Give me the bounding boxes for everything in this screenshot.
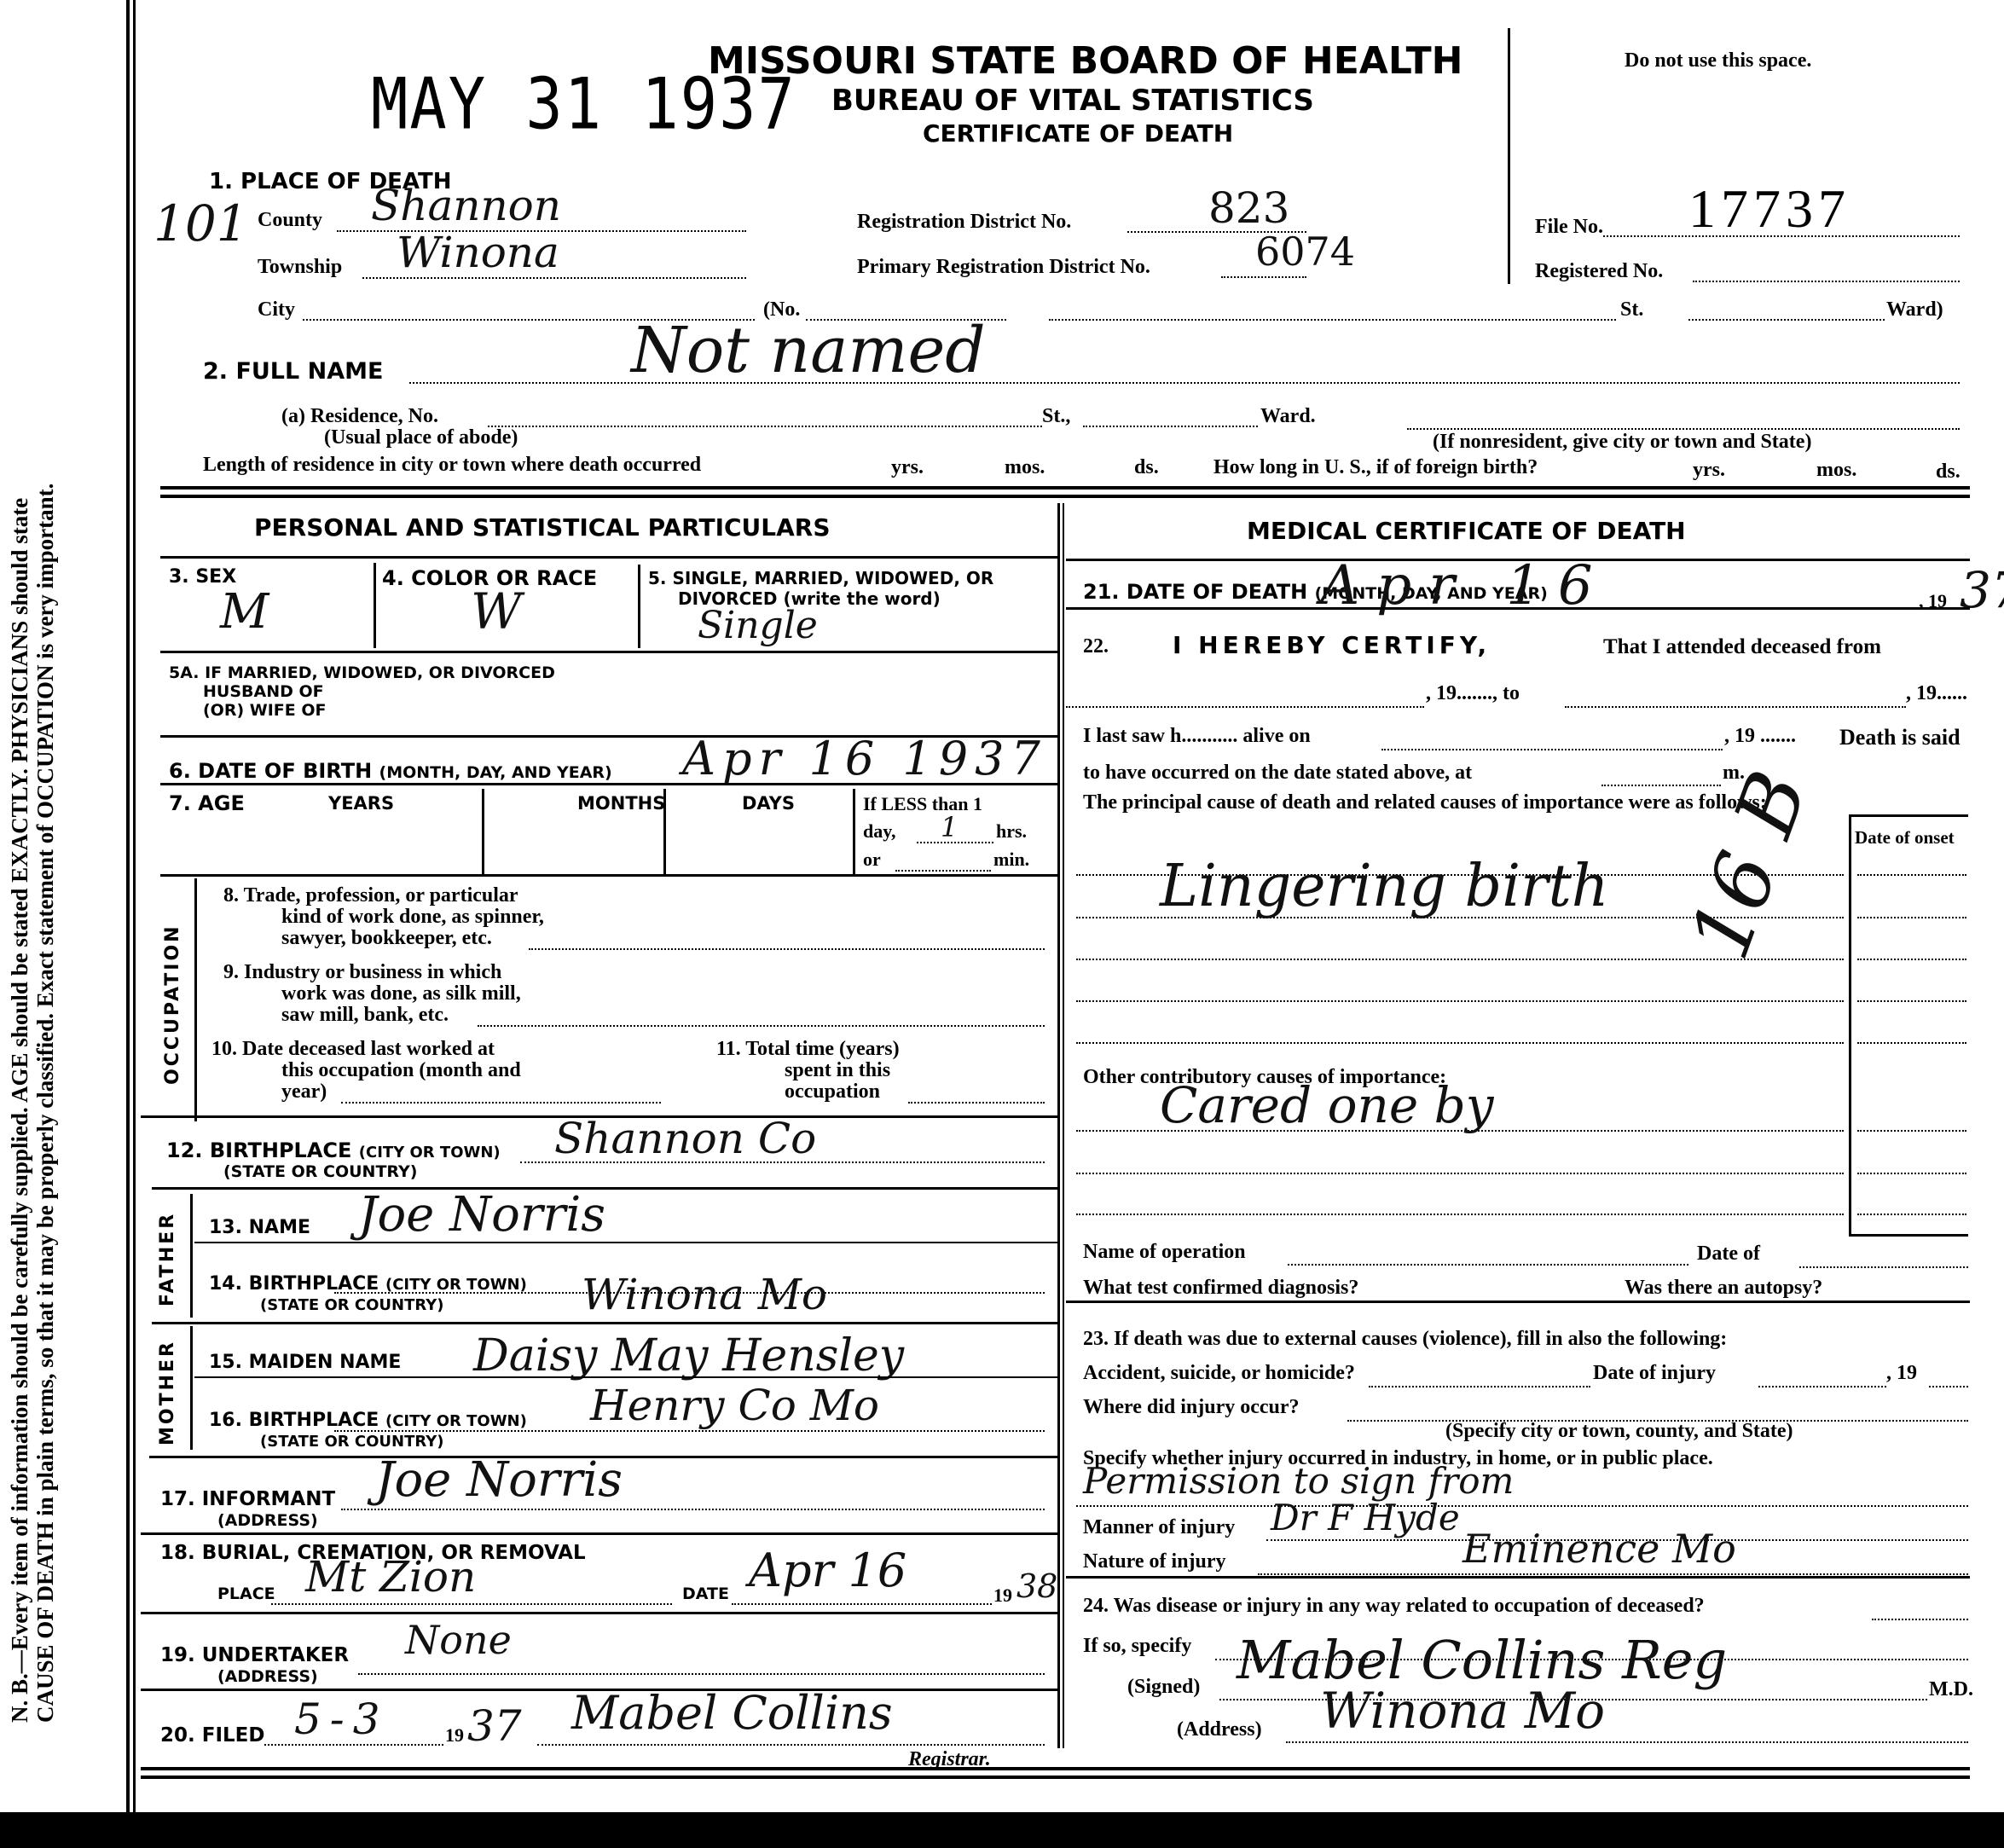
spouse-label-3: (OR) WIFE OF (203, 701, 327, 720)
father-name-label: 13. NAME (209, 1217, 310, 1238)
nature-injury-label: Nature of injury (1083, 1550, 1226, 1573)
certify-text: That I attended deceased from (1603, 635, 1881, 659)
q11-line3: occupation (785, 1080, 880, 1104)
last-saw-label: I last saw h........... alive on (1083, 725, 1311, 748)
q10-line3: year) (281, 1080, 327, 1104)
mother-rule (194, 1376, 1057, 1378)
cause-line-5[interactable] (1076, 1025, 1844, 1044)
hrs-value: 1 (941, 811, 958, 843)
md-label: M.D. (1929, 1678, 1973, 1701)
city-label: City (258, 298, 295, 322)
primary-reg-value: 6074 (1255, 229, 1355, 275)
personal-rule-1 (160, 556, 1057, 559)
full-name-value: Not named (631, 314, 986, 387)
age-label: 7. AGE (169, 791, 245, 815)
informant-burial-rule (141, 1532, 1057, 1535)
death-said-label: Death is said (1839, 725, 1961, 750)
length-yrs-label: yrs. (891, 456, 924, 479)
q8-line3: sawyer, bookkeeper, etc. (281, 927, 492, 950)
min-label: min. (993, 849, 1029, 871)
age-days-label: DAYS (742, 793, 795, 814)
undertaker-sub: (ADDRESS) (217, 1667, 318, 1686)
day-label: day, (863, 820, 896, 843)
county-label: County (258, 209, 322, 232)
file-no-value: 17737 (1688, 177, 1851, 240)
father-birthplace-value: Winona Mo (582, 1270, 827, 1319)
accident-field[interactable] (1369, 1369, 1590, 1387)
informant-label: 17. INFORMANT (160, 1488, 335, 1510)
q9-line3: saw mill, bank, etc. (281, 1004, 449, 1027)
filed-registrar-field[interactable]: Mabel Collins (537, 1727, 1045, 1746)
length-mos-label: mos. (1005, 456, 1045, 479)
dod-year-value[interactable]: 37 (1960, 561, 2004, 619)
dod-label-main: 21. DATE OF DEATH (1083, 580, 1307, 604)
q10-line1: 10. Date deceased last worked at (211, 1038, 495, 1061)
length-residence-label: Length of residence in city or town wher… (203, 454, 701, 477)
mother-sidebar-line (190, 1326, 193, 1450)
operation-date-field[interactable] (1799, 1249, 1968, 1268)
other-causes-value: Cared one by (1160, 1076, 1494, 1134)
medical-rule-2 (1066, 607, 1970, 610)
onset-box-left (1849, 814, 1851, 1237)
q9-line1: 9. Industry or business in which (223, 961, 501, 984)
personal-rule-4 (160, 783, 1057, 785)
q24-field[interactable] (1872, 1602, 1968, 1620)
injury-19-label: , 19 (1886, 1362, 1917, 1385)
mother-birthplace-sub2: (STATE OR COUNTRY) (260, 1433, 443, 1451)
nonresident-note: (If nonresident, give city or town and S… (1433, 431, 1811, 454)
min-field[interactable] (895, 851, 991, 872)
ward-label: Ward) (1886, 298, 1943, 322)
onset-box-bottom (1849, 1234, 1968, 1237)
foreign-ds-label: ds. (1936, 461, 1961, 484)
filed-date-field[interactable]: 5-3 (264, 1727, 443, 1746)
left-border-outer (126, 0, 130, 1812)
accident-label: Accident, suicide, or homicide? (1083, 1362, 1355, 1385)
onset-line-5[interactable] (1857, 1025, 1966, 1044)
attended-to-field[interactable] (1565, 689, 1906, 708)
nature-injury-value: Eminence Mo (1462, 1526, 1736, 1572)
where-injury-label: Where did injury occur? (1083, 1396, 1300, 1419)
file-no-label: File No. (1535, 216, 1603, 239)
full-name-label: 2. FULL NAME (203, 358, 383, 385)
q10-line2: this occupation (month and (281, 1059, 521, 1082)
operation-field[interactable] (1288, 1247, 1688, 1266)
burial-date-field[interactable]: Apr 16 (732, 1586, 992, 1605)
last-worked-field[interactable] (341, 1083, 661, 1104)
father-name-value[interactable]: Joe Norris (358, 1187, 605, 1243)
age-divider-2 (663, 789, 666, 874)
township-field[interactable]: Winona (362, 252, 746, 279)
operation-label: Name of operation (1083, 1241, 1246, 1264)
primary-reg-field[interactable]: 6074 (1221, 254, 1306, 278)
medical-heading: MEDICAL CERTIFICATE OF DEATH (1247, 517, 1686, 545)
occupation-sidebar-line (194, 878, 197, 1121)
occupation-side-label: OCCUPATION (162, 924, 183, 1085)
undertaker-label: 19. UNDERTAKER (160, 1644, 349, 1666)
race-value[interactable]: W (471, 582, 522, 640)
registered-no-field[interactable] (1693, 260, 1960, 282)
race-marital-divider (638, 565, 640, 648)
spouse-field[interactable] (426, 674, 1040, 716)
reg-district-label: Registration District No. (857, 211, 1071, 234)
certify-number: 22. (1083, 635, 1109, 658)
birthplace-field[interactable]: Shannon Co (520, 1143, 1045, 1163)
township-label: Township (258, 256, 342, 279)
reg-district-value: 823 (1208, 183, 1289, 233)
if-so-label: If so, specify (1083, 1635, 1191, 1658)
filed-label: 20. FILED (160, 1724, 264, 1747)
injury-date-field[interactable] (1758, 1369, 1886, 1387)
industry-field[interactable] (478, 1006, 1045, 1027)
q11-line2: spent in this (785, 1059, 890, 1082)
usual-abode-note: (Usual place of abode) (324, 426, 518, 449)
margin-code: 101 (153, 194, 248, 252)
informant-value: Joe Norris (375, 1452, 623, 1508)
certify-caps: I HEREBY CERTIFY, (1173, 631, 1491, 659)
occurred-at-field[interactable] (1601, 768, 1721, 786)
occurred-at-label: to have occurred on the date stated abov… (1083, 762, 1472, 785)
test-confirmed-field[interactable] (1420, 1283, 1620, 1302)
last-saw-19: , 19 ....... (1724, 725, 1796, 748)
nonresident-field[interactable] (1407, 408, 1960, 430)
burial-date-value: Apr 16 (749, 1544, 906, 1597)
address-field[interactable]: Winona Mo (1286, 1724, 1968, 1743)
filed-date-value: 5-3 (294, 1694, 389, 1744)
birthplace-value: Shannon Co (554, 1114, 816, 1163)
burial-date-label: DATE (682, 1584, 729, 1603)
form-subtitle: BUREAU OF VITAL STATISTICS (831, 84, 1314, 118)
section-rule-top-2 (160, 495, 1970, 498)
specify-city-note: (Specify city or town, county, and State… (1445, 1420, 1793, 1443)
father-side-label: FATHER (157, 1212, 178, 1306)
autopsy-field[interactable] (1872, 1283, 1968, 1302)
burial-place-value: Mt Zion (305, 1552, 476, 1602)
residence-label: (a) Residence, No. (281, 405, 438, 428)
q23-label: 23. If death was due to external causes … (1083, 1328, 1727, 1351)
scan-edge-band (0, 1812, 2004, 1848)
birthplace-sub2: (STATE OR COUNTRY) (223, 1162, 417, 1181)
birthplace-sub1: (CITY OR TOWN) (359, 1144, 501, 1162)
q8-line2: kind of work done, as spinner, (281, 906, 544, 929)
other-onset-line-2[interactable] (1857, 1156, 1966, 1174)
less-than-day-label: If LESS than 1 (863, 793, 982, 815)
residence-ward-field[interactable] (1083, 405, 1258, 427)
marital-label-1: 5. SINGLE, MARRIED, WIDOWED, OR (648, 568, 993, 588)
mother-birthplace-field[interactable]: Henry Co Mo (334, 1411, 1045, 1432)
informant-field[interactable]: Joe Norris (341, 1490, 1045, 1510)
medical-rule-3 (1066, 1301, 1970, 1303)
father-birthplace-sub2: (STATE OR COUNTRY) (260, 1296, 443, 1314)
foreign-yrs-label: yrs. (1693, 459, 1725, 482)
onset-box-top (1849, 814, 1968, 817)
operation-date-label: Date of (1697, 1243, 1760, 1266)
onset-line-3[interactable] (1857, 941, 1966, 960)
onset-line-4[interactable] (1857, 983, 1966, 1002)
residence-no-field[interactable] (488, 405, 1042, 427)
spouse-label-2: HUSBAND OF (203, 682, 324, 701)
sex-race-divider (374, 563, 376, 648)
principal-cause-label: The principal cause of death and related… (1083, 791, 1767, 814)
other-onset-line-3[interactable] (1857, 1196, 1966, 1215)
form-title: MISSOURI STATE BOARD OF HEALTH (708, 39, 1462, 83)
signed-label: (Signed) (1127, 1676, 1200, 1699)
test-confirmed-label: What test confirmed diagnosis? (1083, 1277, 1358, 1300)
margin-note-line1: N. B.—Every item of information should b… (7, 498, 33, 1723)
other-cause-line-2[interactable] (1076, 1156, 1844, 1174)
left-border-inner (133, 0, 136, 1812)
mother-maiden-value[interactable]: Daisy May Hensley (473, 1330, 904, 1382)
bottom-rule-1 (141, 1767, 1970, 1770)
onset-line-1[interactable] (1857, 857, 1966, 876)
filed-registrar-signature: Mabel Collins (571, 1686, 893, 1740)
father-sidebar-line (190, 1194, 193, 1318)
street-name-field[interactable] (1049, 298, 1616, 321)
header-divider (1508, 28, 1510, 284)
address-value: Winona Mo (1320, 1682, 1605, 1740)
column-divider-right (1063, 503, 1064, 1748)
attended-19-end: , 19...... (1906, 682, 1967, 705)
q11-line1: 11. Total time (years) (716, 1038, 900, 1061)
autopsy-label: Was there an autopsy? (1625, 1277, 1822, 1300)
mother-birthplace-value: Henry Co Mo (590, 1381, 879, 1430)
do-not-use-note: Do not use this space. (1625, 49, 1811, 72)
mother-maiden-label: 15. MAIDEN NAME (209, 1352, 401, 1373)
permission-note: Permission to sign from (1083, 1460, 1514, 1502)
burial-place-field[interactable]: Mt Zion (271, 1586, 672, 1605)
last-saw-field[interactable] (1381, 732, 1723, 750)
manner-injury-label: Manner of injury (1083, 1516, 1235, 1539)
residence-st-label: St., (1042, 405, 1070, 428)
residence-ward-label: Ward. (1260, 405, 1316, 428)
registered-no-label: Registered No. (1535, 260, 1663, 283)
father-mother-rule (152, 1322, 1057, 1324)
primary-reg-label: Primary Registration District No. (857, 256, 1150, 279)
foreign-mos-label: mos. (1816, 459, 1856, 482)
hrs-label: hrs. (996, 820, 1027, 843)
county-value: Shannon (371, 181, 561, 230)
total-time-field[interactable] (908, 1083, 1045, 1104)
q8-line1: 8. Trade, profession, or particular (223, 884, 518, 907)
where-injury-field[interactable] (1347, 1403, 1968, 1422)
marital-value[interactable]: Single (698, 604, 818, 647)
manner-injury-value: Dr F Hyde (1271, 1497, 1460, 1538)
dob-label-main: 6. DATE OF BIRTH (169, 759, 372, 783)
q9-line2: work was done, as silk mill, (281, 982, 521, 1005)
dob-label: 6. DATE OF BIRTH (MONTH, DAY, AND YEAR) (169, 759, 612, 783)
burial-undertaker-rule (141, 1612, 1057, 1614)
date-of-onset-label: Date of onset (1855, 827, 1955, 849)
bottom-rule-2 (141, 1776, 1970, 1779)
injury-year-field[interactable] (1929, 1369, 1968, 1387)
section-rule-top-1 (160, 486, 1970, 490)
burial-place-label: PLACE (217, 1584, 275, 1603)
age-divider-1 (482, 789, 484, 874)
foreign-birth-label: How long in U. S., if of foreign birth? (1213, 456, 1538, 479)
nature-injury-field[interactable]: Eminence Mo (1258, 1556, 1968, 1575)
hrs-field[interactable]: 1 (917, 823, 993, 843)
file-no-field[interactable]: 17737 (1603, 213, 1960, 237)
form-name: CERTIFICATE OF DEATH (923, 119, 1233, 148)
length-ds-label: ds. (1134, 456, 1159, 479)
birthplace-label: 12. BIRTHPLACE (CITY OR TOWN) (166, 1138, 501, 1162)
trade-field[interactable] (529, 930, 1045, 950)
informant-sub: (ADDRESS) (217, 1511, 318, 1530)
attended-from-field[interactable] (1066, 689, 1424, 708)
dob-value[interactable]: Apr 16 1937 (682, 732, 1047, 785)
column-divider-left (1057, 503, 1060, 1748)
full-name-field[interactable]: Not named (409, 358, 1960, 384)
personal-heading: PERSONAL AND STATISTICAL PARTICULARS (254, 513, 831, 542)
q24-label: 24. Was disease or injury in any way rel… (1083, 1595, 1705, 1618)
birthplace-label-main: 12. BIRTHPLACE (166, 1138, 351, 1162)
dob-label-sub: (MONTH, DAY, AND YEAR) (379, 763, 612, 782)
ward-field[interactable] (1688, 298, 1885, 321)
mother-side-label: MOTHER (157, 1340, 178, 1445)
onset-line-2[interactable] (1857, 900, 1966, 918)
age-years-label: YEARS (328, 793, 394, 814)
father-birthplace-field[interactable]: Winona Mo (334, 1273, 1045, 1294)
other-onset-line-1[interactable] (1857, 1113, 1966, 1132)
age-months-label: MONTHS (577, 793, 665, 814)
personal-rule-2 (160, 651, 1057, 653)
other-cause-line-3[interactable] (1076, 1196, 1844, 1215)
father-rule (194, 1242, 1057, 1243)
medical-rule-4 (1066, 1576, 1970, 1579)
personal-rule-5 (160, 874, 1057, 877)
age-divider-3 (853, 789, 855, 874)
sex-value[interactable]: M (220, 584, 269, 640)
filed-year-value[interactable]: 37 (467, 1701, 522, 1751)
margin-note-line2: CAUSE OF DEATH in plain terms, so that i… (32, 484, 59, 1723)
principal-cause-value: Lingering birth (1160, 853, 1609, 920)
attended-19-to: , 19......., to (1426, 682, 1520, 705)
cause-line-4[interactable] (1076, 983, 1844, 1002)
burial-year-prefix: 19 (993, 1584, 1012, 1607)
burial-year-value[interactable]: 38 (1016, 1567, 1057, 1605)
undertaker-field[interactable]: None (358, 1656, 1045, 1675)
township-value: Winona (397, 228, 559, 277)
injury-date-label: Date of injury (1593, 1362, 1716, 1385)
filed-year-prefix: 19 (445, 1724, 464, 1747)
address-label: (Address) (1177, 1718, 1262, 1741)
undertaker-value: None (405, 1617, 512, 1663)
street-st-label: St. (1620, 298, 1643, 322)
or-label: or (863, 849, 881, 871)
